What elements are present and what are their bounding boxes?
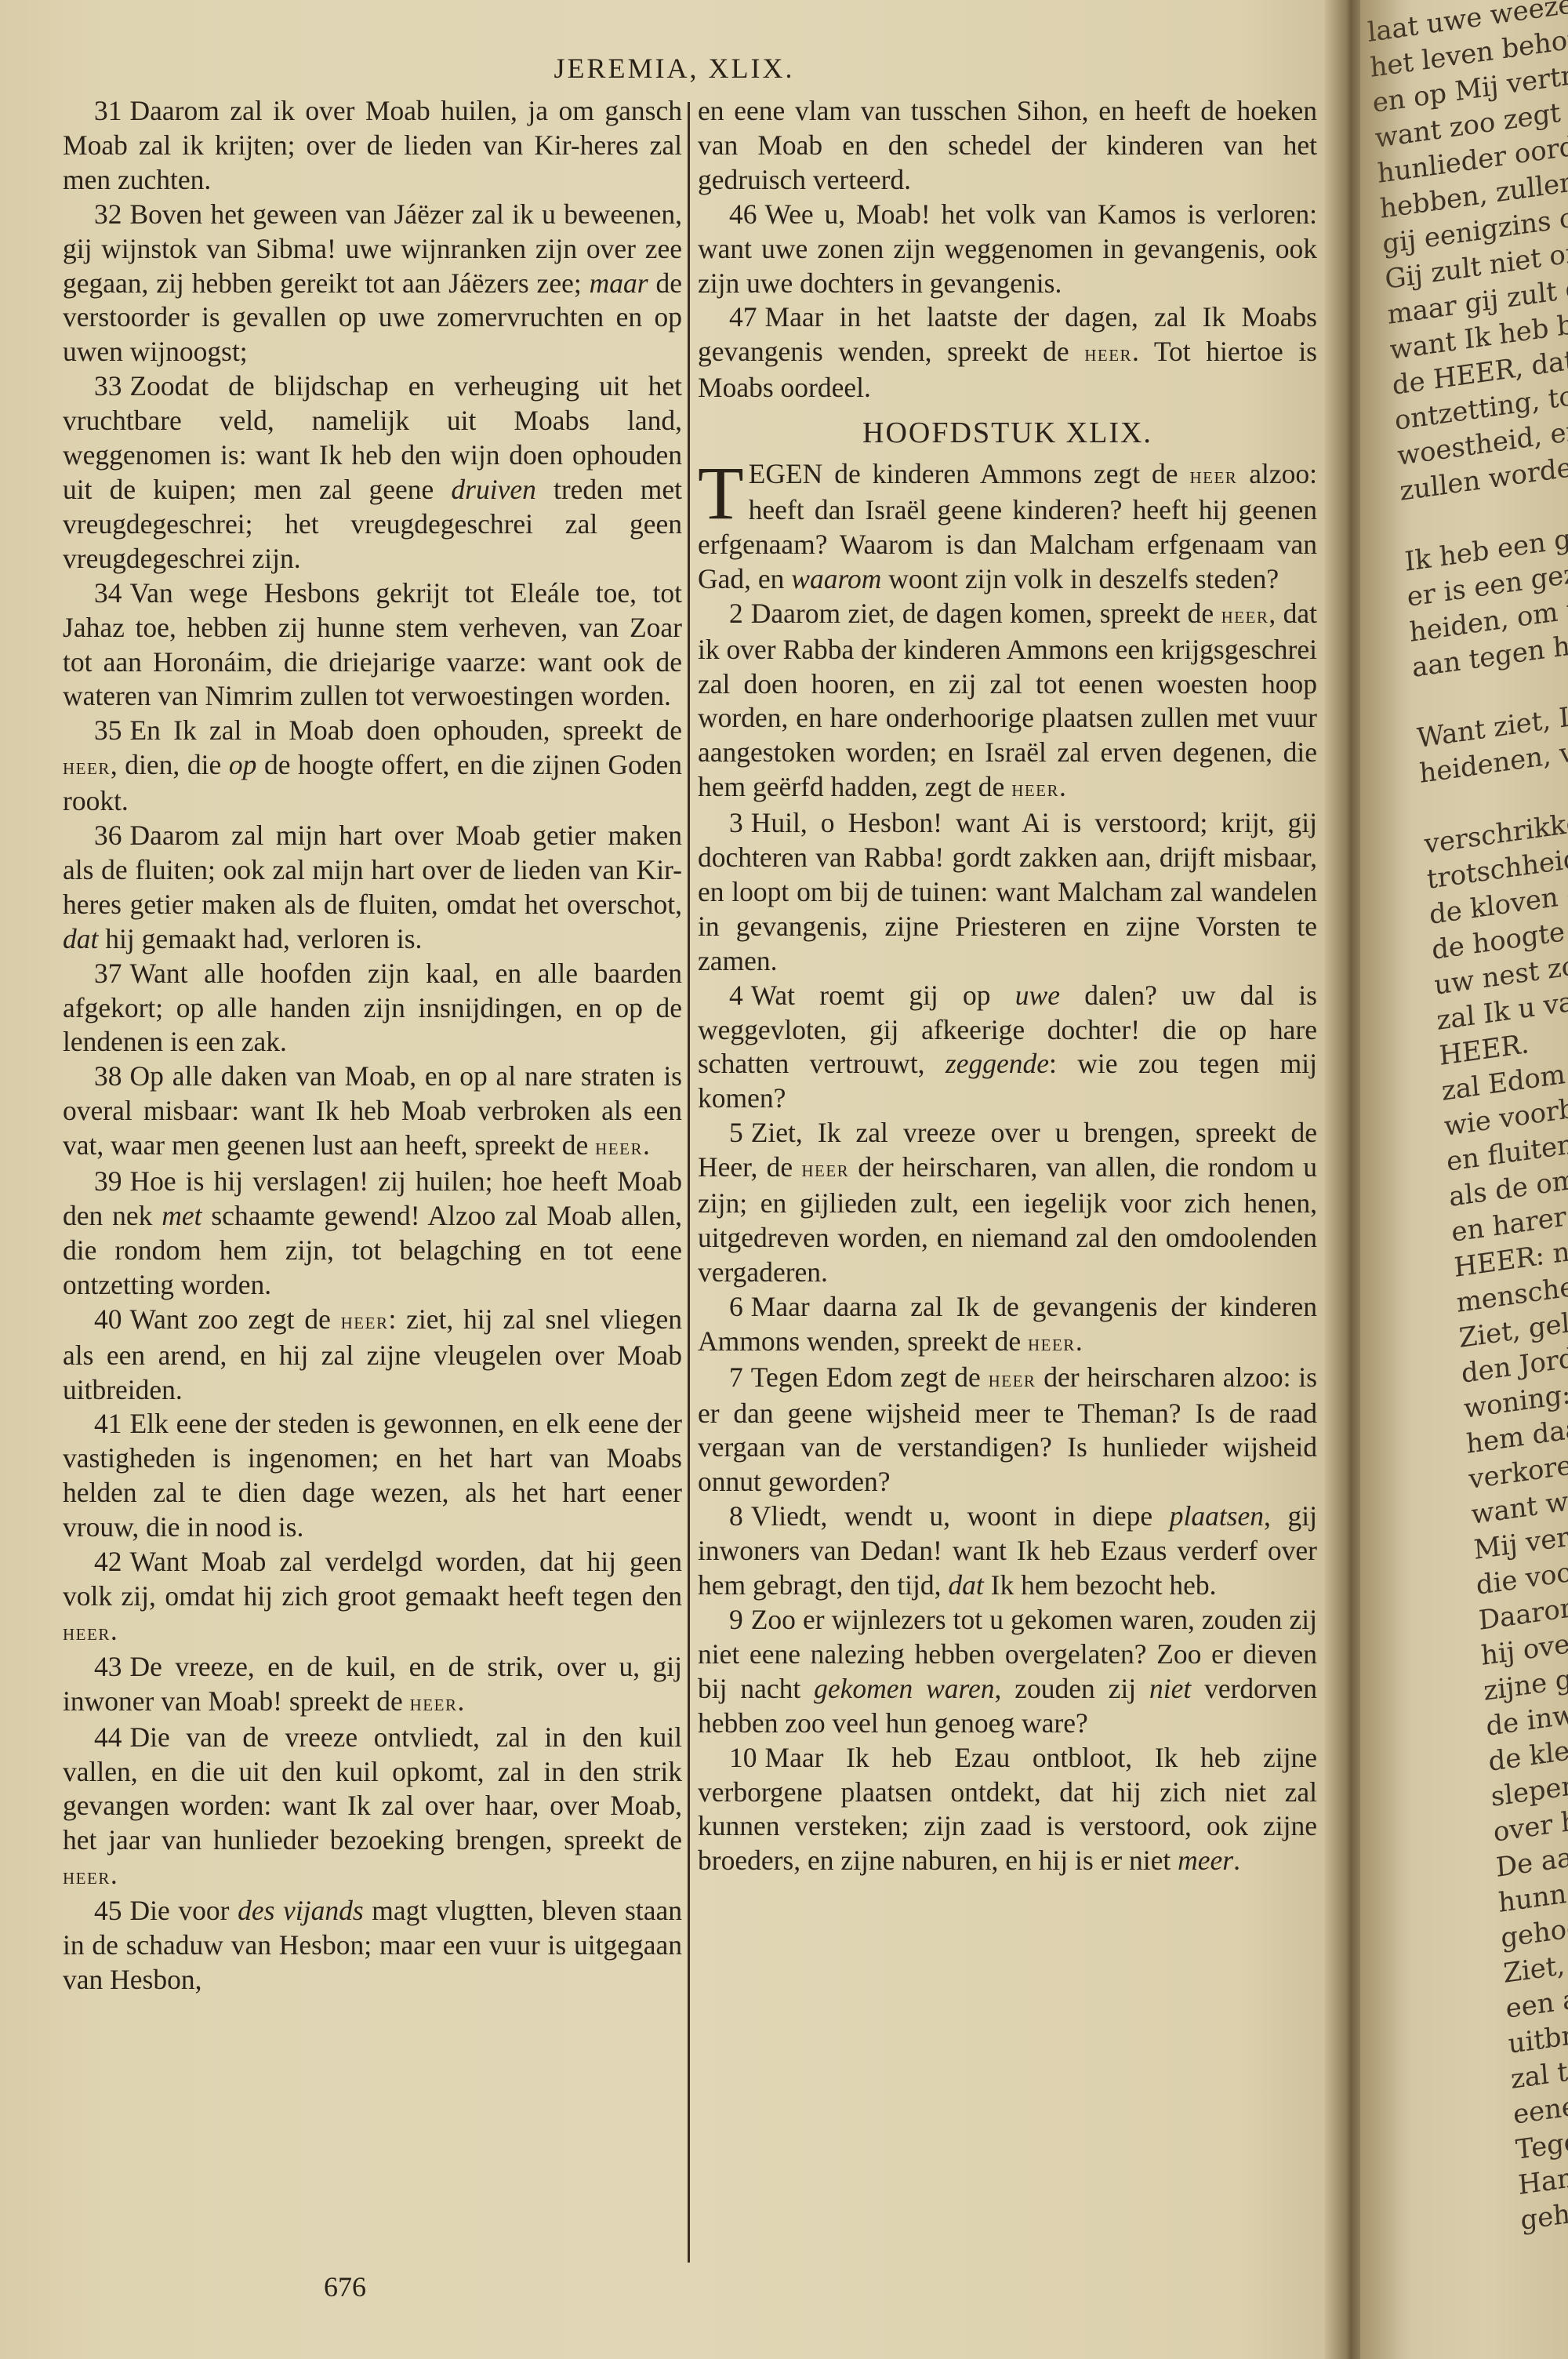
verse-text: Want zoo zegt de bbox=[130, 1303, 341, 1335]
verse-number: 9 bbox=[729, 1604, 743, 1635]
running-head: JEREMIA, XLIX. bbox=[0, 52, 1348, 85]
small-caps-heer: HEER bbox=[63, 1619, 111, 1645]
verse-number: 2 bbox=[729, 598, 743, 629]
left-column: 31Daarom zal ik over Moab huilen, ja om … bbox=[63, 94, 682, 1997]
verse-8: 8Vliedt, wendt u, woont in diepe plaatse… bbox=[698, 1499, 1317, 1603]
verse-text: woont zijn volk in deszelfs steden? bbox=[881, 563, 1279, 594]
italic-text: druiven bbox=[451, 474, 535, 505]
verse-text: . bbox=[111, 1615, 118, 1646]
verse-text: . bbox=[111, 1859, 118, 1890]
verse-number: 42 bbox=[94, 1546, 122, 1577]
verse-number: 4 bbox=[729, 980, 743, 1011]
verse-text: Tegen Edom zegt de bbox=[751, 1361, 989, 1393]
verse-text: Wee u, Moab! het volk van Kamos is verlo… bbox=[698, 198, 1317, 299]
verse-43: 43De vreeze, en de kuil, en de strik, ov… bbox=[63, 1650, 682, 1721]
verse-text: Die voor bbox=[130, 1895, 238, 1926]
verse-number: 36 bbox=[94, 820, 122, 851]
verse-42: 42Want Moab zal verdelgd worden, dat hij… bbox=[63, 1545, 682, 1650]
verse-45: 45Die voor des vijands magt vlugtten, bl… bbox=[63, 1894, 682, 1997]
verse-number: 40 bbox=[94, 1303, 122, 1335]
small-caps-heer: HEER bbox=[1221, 602, 1269, 628]
italic-text: meer bbox=[1178, 1845, 1233, 1876]
verse-5: 5Ziet, Ik zal vreeze over u brengen, spr… bbox=[698, 1116, 1317, 1290]
verse-number: 33 bbox=[94, 370, 122, 402]
facing-page: laat uwe weezen achter,het leven behoude… bbox=[1360, 0, 1568, 2359]
verse-number: 46 bbox=[729, 198, 757, 230]
italic-text: maar bbox=[590, 267, 648, 299]
verse-text: Want alle hoofden zijn kaal, en alle baa… bbox=[63, 958, 682, 1058]
verse-32: 32Boven het geween van Jáëzer zal ik u b… bbox=[63, 198, 682, 370]
verse-number: 37 bbox=[94, 958, 122, 989]
verse-number: 47 bbox=[729, 301, 757, 333]
verse-40: 40Want zoo zegt de HEER: ziet, hij zal s… bbox=[63, 1303, 682, 1408]
verse-number: 39 bbox=[94, 1165, 122, 1197]
verse-number: 5 bbox=[729, 1117, 743, 1148]
verse-text: Van wege Hesbons gekrijt tot Eleále toe,… bbox=[63, 577, 682, 712]
verse-text: Vliedt, wendt u, woont in diepe bbox=[751, 1500, 1170, 1532]
italic-text: waarom bbox=[791, 563, 881, 594]
verse-text: , zouden zij bbox=[995, 1673, 1149, 1704]
verse-3: 3Huil, o Hesbon! want Ai is verstoord; k… bbox=[698, 806, 1317, 979]
italic-text: op bbox=[229, 749, 257, 780]
verse-text: Want Moab zal verdelgd worden, dat hij g… bbox=[63, 1546, 682, 1612]
verse-9: 9Zoo er wijnlezers tot u gekomen waren, … bbox=[698, 1603, 1317, 1741]
italic-text: dat bbox=[63, 923, 98, 954]
verse-text: . bbox=[643, 1129, 650, 1161]
chapter-verses: 2Daarom ziet, de dagen komen, spreekt de… bbox=[698, 597, 1317, 1879]
small-caps-heer: HEER bbox=[989, 1365, 1036, 1392]
verse-text: Daarom zal ik over Moab huilen, ja om ga… bbox=[63, 95, 682, 195]
italic-text: niet bbox=[1149, 1673, 1191, 1704]
verse-text: Op alle daken van Moab, en op al nare st… bbox=[63, 1060, 682, 1161]
small-caps-heer: HEER bbox=[341, 1307, 389, 1334]
verse-10: 10Maar Ik heb Ezau ontbloot, Ik heb zijn… bbox=[698, 1741, 1317, 1879]
verse-38: 38Op alle daken van Moab, en op al nare … bbox=[63, 1060, 682, 1165]
verse-number: 41 bbox=[94, 1408, 122, 1439]
verse-text: Ik hem bezocht heb. bbox=[984, 1569, 1217, 1601]
verse-text: . bbox=[1076, 1325, 1083, 1357]
italic-text: plaatsen bbox=[1170, 1500, 1264, 1532]
small-caps-heer: HEER bbox=[63, 1863, 111, 1889]
verse-35: 35En Ik zal in Moab doen ophouden, spree… bbox=[63, 714, 682, 819]
verse-number: 32 bbox=[94, 198, 122, 230]
right-column: en eene vlam van tusschen Sihon, en heef… bbox=[698, 94, 1317, 1878]
verse-number: 43 bbox=[94, 1651, 122, 1682]
verse-36: 36Daarom zal mijn hart over Moab getier … bbox=[63, 819, 682, 957]
small-caps-heer: HEER bbox=[1028, 1329, 1076, 1356]
verse-text: Wat roemt gij op bbox=[751, 980, 1015, 1011]
verse-text: , dien, die bbox=[111, 749, 229, 780]
verse-7: 7Tegen Edom zegt de HEER der heirscharen… bbox=[698, 1361, 1317, 1500]
verse-text: De vreeze, en de kuil, en de strik, over… bbox=[63, 1651, 682, 1717]
verse-text: Daarom zal mijn hart over Moab getier ma… bbox=[63, 820, 682, 920]
verse-31: 31Daarom zal ik over Moab huilen, ja om … bbox=[63, 94, 682, 198]
verse-number: 3 bbox=[729, 807, 743, 838]
drop-cap: T bbox=[698, 460, 744, 525]
verse-text: hij gemaakt had, verloren is. bbox=[98, 923, 422, 954]
verse-44: 44Die van de vreeze ontvliedt, zal in de… bbox=[63, 1721, 682, 1895]
verse-number: 8 bbox=[729, 1500, 743, 1532]
facing-page-text: laat uwe weezen achter,het leven behoude… bbox=[1367, 0, 1568, 2239]
verse-text: . bbox=[1233, 1845, 1240, 1876]
italic-text: zeggende bbox=[946, 1048, 1049, 1079]
verse-text: Huil, o Hesbon! want Ai is verstoord; kr… bbox=[698, 807, 1317, 976]
verse-number: 35 bbox=[94, 714, 122, 746]
verse-6: 6Maar daarna zal Ik de gevangenis der ki… bbox=[698, 1290, 1317, 1361]
verse-number: 45 bbox=[94, 1895, 122, 1926]
verse-number: 10 bbox=[729, 1742, 757, 1773]
italic-text: dat bbox=[948, 1569, 983, 1601]
verse-4: 4Wat roemt gij op uwe dalen? uw dal is w… bbox=[698, 979, 1317, 1117]
verse-47: 47Maar in het laatste der dagen, zal Ik … bbox=[698, 300, 1317, 405]
italic-text: met bbox=[162, 1200, 201, 1231]
italic-text: uwe bbox=[1015, 980, 1060, 1011]
verse-text: Elk eene der steden is gewonnen, en elk … bbox=[63, 1408, 682, 1543]
left-page: JEREMIA, XLIX. 31Daarom zal ik over Moab… bbox=[0, 0, 1348, 2359]
verse-text: de kinderen Ammons zegt de bbox=[822, 458, 1189, 489]
chapter-title: HOOFDSTUK XLIX. bbox=[698, 416, 1317, 451]
small-caps-heer: HEER bbox=[1084, 340, 1132, 366]
verse-number: 31 bbox=[94, 95, 122, 126]
chapter-opening-paragraph: TEGEN de kinderen Ammons zegt de HEER al… bbox=[698, 457, 1317, 597]
verse-number: 7 bbox=[729, 1361, 743, 1393]
verse-text: Daarom ziet, de dagen komen, spreekt de bbox=[751, 598, 1221, 629]
verse-text: . bbox=[1059, 771, 1066, 802]
verse-text: Die van de vreeze ontvliedt, zal in den … bbox=[63, 1721, 682, 1856]
small-caps-heer: HEER bbox=[63, 753, 111, 780]
verse-text: Maar daarna zal Ik de gevangenis der kin… bbox=[698, 1291, 1317, 1357]
verse-39: 39Hoe is hij verslagen! zij huilen; hoe … bbox=[63, 1165, 682, 1303]
verse-37: 37Want alle hoofden zijn kaal, en alle b… bbox=[63, 957, 682, 1060]
verse-text: en eene vlam van tusschen Sihon, en heef… bbox=[698, 95, 1317, 195]
verse-2: 2Daarom ziet, de dagen komen, spreekt de… bbox=[698, 597, 1317, 806]
small-caps-heer: HEER bbox=[1189, 462, 1237, 489]
verse-number: 44 bbox=[94, 1721, 122, 1753]
italic-text: des vijands bbox=[238, 1895, 364, 1926]
verse-41: 41Elk eene der steden is gewonnen, en el… bbox=[63, 1407, 682, 1545]
page-number: 676 bbox=[0, 2270, 690, 2303]
verse-46: 46Wee u, Moab! het volk van Kamos is ver… bbox=[698, 198, 1317, 301]
verse-number: 34 bbox=[94, 577, 122, 609]
italic-text: gekomen waren bbox=[814, 1673, 994, 1704]
small-caps-heer: HEER bbox=[1011, 775, 1059, 801]
verse-text: En Ik zal in Moab doen ophouden, spreekt… bbox=[130, 714, 683, 746]
small-caps-heer: HEER bbox=[595, 1133, 643, 1160]
verse-number: 6 bbox=[729, 1291, 743, 1322]
verse-34: 34Van wege Hesbons gekrijt tot Eleále to… bbox=[63, 576, 682, 714]
verse-number: 38 bbox=[94, 1060, 122, 1092]
column-divider-rule bbox=[688, 102, 690, 2263]
continuation-paragraph: en eene vlam van tusschen Sihon, en heef… bbox=[698, 94, 1317, 198]
verses-before-chapter: 46Wee u, Moab! het volk van Kamos is ver… bbox=[698, 198, 1317, 405]
opening-caps: EGEN bbox=[749, 458, 823, 489]
verse-text: . bbox=[457, 1685, 464, 1717]
verse-33: 33Zoodat de blijdschap en verheuging uit… bbox=[63, 369, 682, 576]
small-caps-heer: HEER bbox=[801, 1155, 849, 1182]
small-caps-heer: HEER bbox=[410, 1689, 458, 1716]
